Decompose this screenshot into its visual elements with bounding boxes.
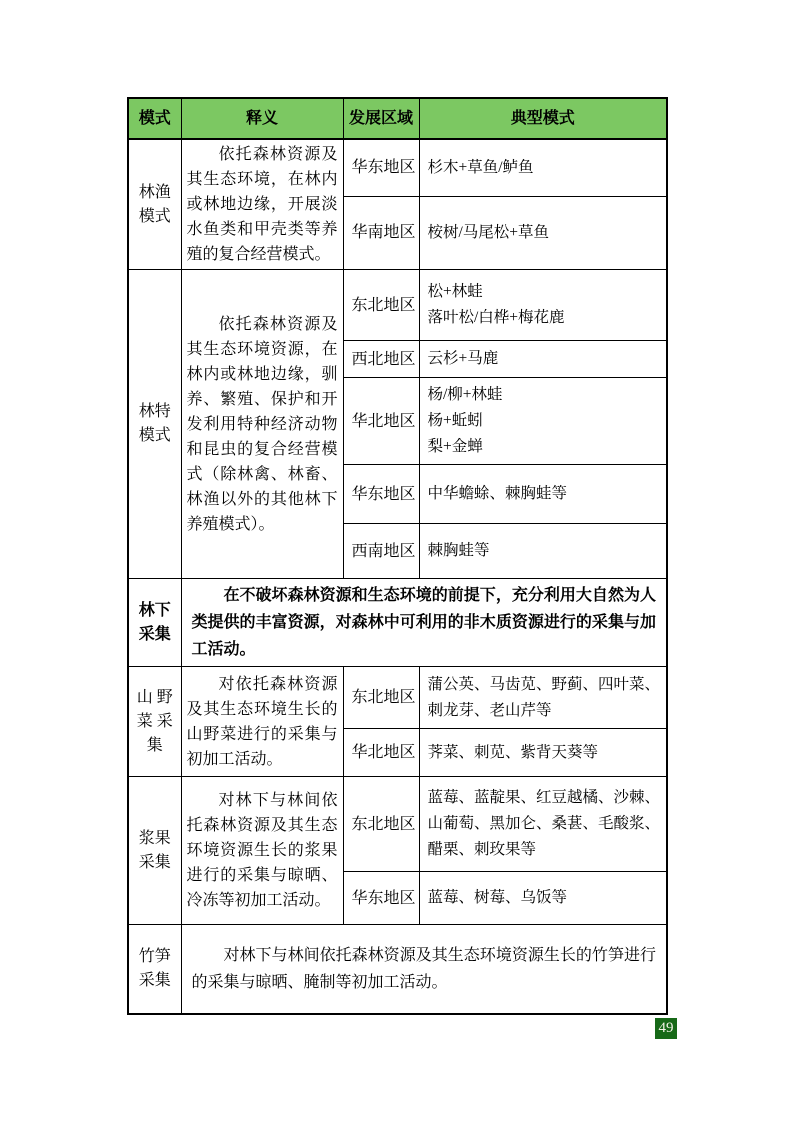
typical-cell: 杉木+草鱼/鲈鱼: [419, 139, 667, 196]
header-cell-region: 发展区域: [343, 98, 419, 139]
typical-line: 蓝莓、蓝靛果、红豆越橘、沙棘、山葡萄、黑加仑、桑葚、毛酸浆、醋栗、刺玫果等: [428, 785, 663, 863]
mode-label-line: 菜 采: [130, 710, 180, 734]
typical-cell: 桉树/马尾松+草鱼: [419, 196, 667, 269]
typical-line: 松+林蛙: [428, 279, 663, 305]
mode-label-line: 浆果: [130, 827, 180, 851]
region-cell: 华北地区: [343, 729, 419, 777]
definition-text: 依托森林资源及其生态环境，在林内或林地边缘，开展淡水鱼类和甲壳类等养殖的复合经营…: [187, 142, 338, 267]
typical-line: 杉木+草鱼/鲈鱼: [428, 155, 663, 181]
table-row-linxia-caiji: 林下 采集 在不破坏森林资源和生态环境的前提下，充分利用大自然为人类提供的丰富资…: [128, 579, 667, 667]
definition-cell: 依托森林资源及其生态环境资源，在林内或林地边缘，驯养、繁殖、保护和开发利用特种经…: [181, 270, 343, 579]
table-row-zhusun-caiji: 竹笋 采集 对林下与林间依托森林资源及其生态环境资源生长的竹笋进行的采集与晾晒、…: [128, 925, 667, 1014]
mode-cell-linyu: 林渔 模式: [128, 139, 181, 270]
header-cell-typical: 典型模式: [419, 98, 667, 139]
definition-cell: 依托森林资源及其生态环境，在林内或林地边缘，开展淡水鱼类和甲壳类等养殖的复合经营…: [181, 139, 343, 270]
mode-cell-zhusun: 竹笋 采集: [128, 925, 181, 1014]
typical-cell: 蓝莓、树莓、乌饭等: [419, 872, 667, 925]
region-cell: 华东地区: [343, 872, 419, 925]
region-cell: 东北地区: [343, 777, 419, 872]
typical-cell: 蓝莓、蓝靛果、红豆越橘、沙棘、山葡萄、黑加仑、桑葚、毛酸浆、醋栗、刺玫果等: [419, 777, 667, 872]
mode-label-line: 林渔: [130, 181, 180, 205]
mode-label-line: 竹笋: [130, 945, 180, 969]
region-cell: 西南地区: [343, 524, 419, 579]
mode-label-line: 林特: [130, 400, 180, 424]
region-cell: 华东地区: [343, 465, 419, 524]
merged-text-cell: 对林下与林间依托森林资源及其生态环境资源生长的竹笋进行的采集与晾晒、腌制等初加工…: [181, 925, 667, 1014]
region-cell: 华南地区: [343, 196, 419, 269]
typical-cell: 蒲公英、马齿苋、野蓟、四叶菜、刺龙芽、老山芹等: [419, 667, 667, 729]
typical-line: 杨/柳+林蛙: [428, 382, 663, 408]
typical-line: 杨+蚯蚓: [428, 408, 663, 434]
definition-text: 对林下与林间依托森林资源及其生态环境资源生长的浆果进行的采集与晾晒、冷冻等初加工…: [187, 788, 338, 913]
mode-label-line: 模式: [130, 205, 180, 229]
typical-line: 棘胸蛙等: [428, 538, 663, 564]
mode-label-line: 林下: [130, 599, 180, 623]
typical-cell: 棘胸蛙等: [419, 524, 667, 579]
typical-line: 蒲公英、马齿苋、野蓟、四叶菜、刺龙芽、老山芹等: [428, 672, 663, 724]
definition-text: 依托森林资源及其生态环境资源，在林内或林地边缘，驯养、繁殖、保护和开发利用特种经…: [187, 312, 338, 537]
merged-text-cell: 在不破坏森林资源和生态环境的前提下，充分利用大自然为人类提供的丰富资源，对森林中…: [181, 579, 667, 667]
typical-cell: 松+林蛙 落叶松/白桦+梅花鹿: [419, 270, 667, 341]
mode-label-line: 采集: [130, 851, 180, 875]
forestry-models-table: 模式 释义 发展区域 典型模式 林渔 模式 依托森林资源及其生态环境，在林内或林…: [127, 97, 668, 1015]
region-cell: 西北地区: [343, 341, 419, 378]
table-row: 林渔 模式 依托森林资源及其生态环境，在林内或林地边缘，开展淡水鱼类和甲壳类等养…: [128, 139, 667, 196]
typical-line: 荠菜、刺苋、紫背天葵等: [428, 740, 663, 766]
header-cell-definition: 释义: [181, 98, 343, 139]
mode-label-line: 采集: [130, 623, 180, 647]
typical-line: 蓝莓、树莓、乌饭等: [428, 885, 663, 911]
table-row: 山 野 菜 采 集 对依托森林资源及其生态环境生长的山野菜进行的采集与初加工活动…: [128, 667, 667, 729]
mode-cell-linte: 林特 模式: [128, 270, 181, 579]
table-header-row: 模式 释义 发展区域 典型模式: [128, 98, 667, 139]
typical-cell: 杨/柳+林蛙 杨+蚯蚓 梨+金蝉: [419, 378, 667, 465]
typical-line: 云杉+马鹿: [428, 346, 663, 372]
typical-line: 桉树/马尾松+草鱼: [428, 220, 663, 246]
mode-cell-linxia: 林下 采集: [128, 579, 181, 667]
section-intro-text: 在不破坏森林资源和生态环境的前提下，充分利用大自然为人类提供的丰富资源，对森林中…: [192, 582, 657, 663]
document-page: 模式 释义 发展区域 典型模式 林渔 模式 依托森林资源及其生态环境，在林内或林…: [0, 0, 793, 1122]
mode-label-line: 山 野: [130, 686, 180, 710]
definition-cell: 对依托森林资源及其生态环境生长的山野菜进行的采集与初加工活动。: [181, 667, 343, 777]
mode-label-line: 采集: [130, 969, 180, 993]
typical-cell: 云杉+马鹿: [419, 341, 667, 378]
region-cell: 东北地区: [343, 667, 419, 729]
header-cell-mode: 模式: [128, 98, 181, 139]
typical-line: 中华蟾蜍、棘胸蛙等: [428, 481, 663, 507]
definition-text: 对林下与林间依托森林资源及其生态环境资源生长的竹笋进行的采集与晾晒、腌制等初加工…: [192, 942, 657, 996]
table-row: 林特 模式 依托森林资源及其生态环境资源，在林内或林地边缘，驯养、繁殖、保护和开…: [128, 270, 667, 341]
typical-cell: 荠菜、刺苋、紫背天葵等: [419, 729, 667, 777]
mode-label-line: 模式: [130, 424, 180, 448]
mode-cell-shanyecai: 山 野 菜 采 集: [128, 667, 181, 777]
mode-cell-jiangguo: 浆果 采集: [128, 777, 181, 925]
typical-line: 落叶松/白桦+梅花鹿: [428, 305, 663, 331]
typical-line: 梨+金蝉: [428, 434, 663, 460]
region-cell: 东北地区: [343, 270, 419, 341]
table-row: 浆果 采集 对林下与林间依托森林资源及其生态环境资源生长的浆果进行的采集与晾晒、…: [128, 777, 667, 872]
page-number-badge: 49: [655, 1018, 677, 1039]
region-cell: 华北地区: [343, 378, 419, 465]
region-cell: 华东地区: [343, 139, 419, 196]
mode-label-line: 集: [130, 734, 180, 758]
definition-text: 对依托森林资源及其生态环境生长的山野菜进行的采集与初加工活动。: [187, 672, 338, 772]
typical-cell: 中华蟾蜍、棘胸蛙等: [419, 465, 667, 524]
definition-cell: 对林下与林间依托森林资源及其生态环境资源生长的浆果进行的采集与晾晒、冷冻等初加工…: [181, 777, 343, 925]
